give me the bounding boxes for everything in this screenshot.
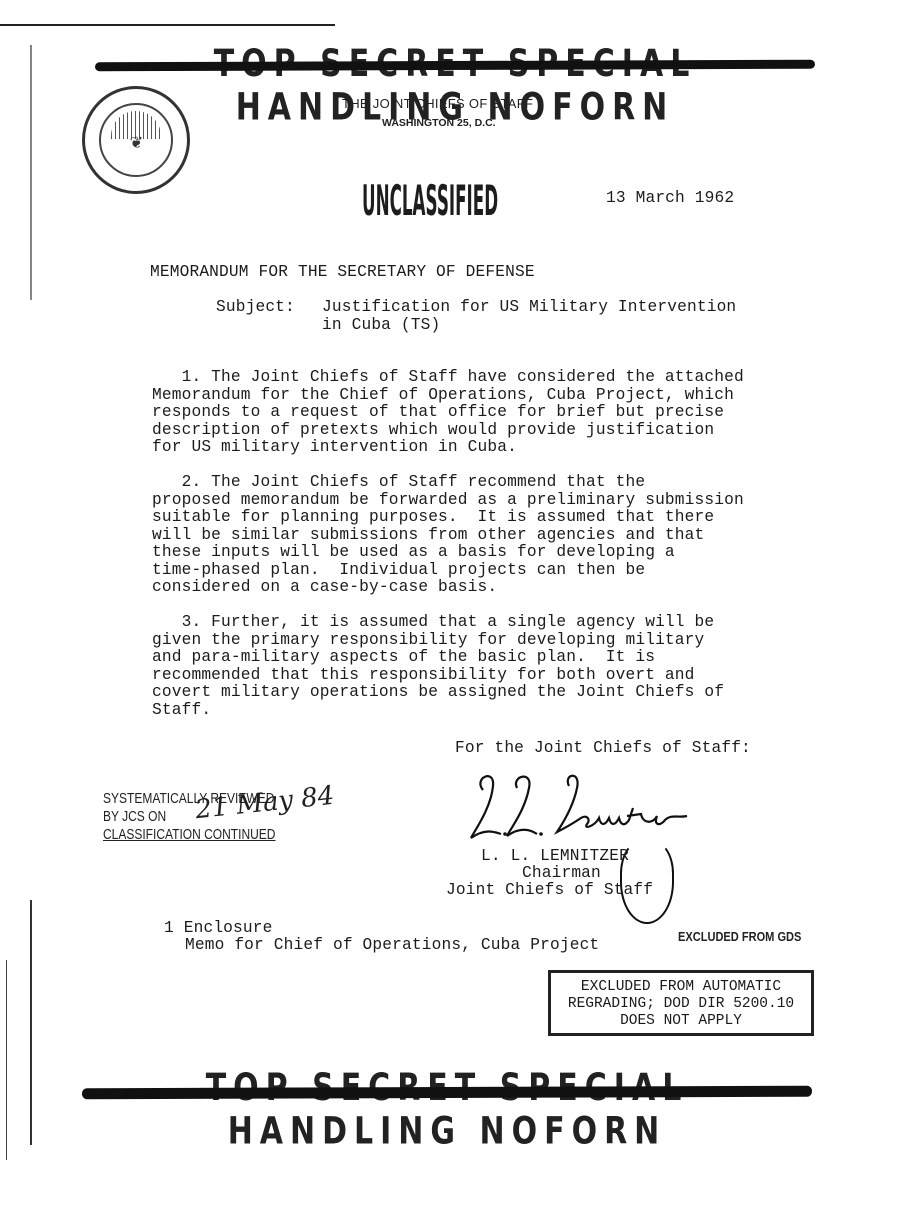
enclosure-count: 1 Enclosure [164,920,273,938]
paragraph-3: 3. Further, it is assumed that a single … [152,614,724,719]
gds-exclusion-stamp: EXCLUDED FROM GDS [678,929,801,944]
letterhead-address: WASHINGTON 25, D.C. [382,117,496,129]
bottom-classification-banner: TOP SECRET SPECIAL HANDLING NOFORN [82,1066,812,1106]
memo-date: 13 March 1962 [606,190,734,208]
paragraph-1: 1. The Joint Chiefs of Staff have consid… [152,369,744,457]
memo-addressee: MEMORANDUM FOR THE SECRETARY OF DEFENSE [150,264,535,282]
scan-left-margin-line [30,900,32,1145]
scan-top-edge-line [0,24,335,26]
classification-banner-text: TOP SECRET SPECIAL HANDLING NOFORN [102,1066,792,1154]
department-of-defense-seal-icon: ❦ [82,86,190,194]
unclassified-stamp: UNCLASSIFIED [362,178,498,226]
signer-title: Chairman [522,865,601,883]
subject-line-1: Justification for US Military Interventi… [322,299,736,317]
signer-name: L. L. LEMNITZER [481,848,629,866]
scan-left-edge-line [6,960,7,1160]
paragraph-2: 2. The Joint Chiefs of Staff recommend t… [152,474,744,597]
handwritten-signature [465,768,715,848]
subject-label: Subject: [216,299,295,317]
subject-line-2: in Cuba (TS) [322,317,440,335]
scan-left-margin-line [30,45,32,300]
enclosure-item: Memo for Chief of Operations, Cuba Proje… [185,937,599,955]
closing-line: For the Joint Chiefs of Staff: [455,740,751,758]
letterhead-org: THE JOINT CHIEFS OF STAFF [342,96,533,111]
regrading-exclusion-stamp: EXCLUDED FROM AUTOMATIC REGRADING; DOD D… [548,970,814,1036]
signer-org: Joint Chiefs of Staff [446,882,653,900]
top-classification-banner: TOP SECRET SPECIAL HANDLING NOFORN [95,42,815,82]
